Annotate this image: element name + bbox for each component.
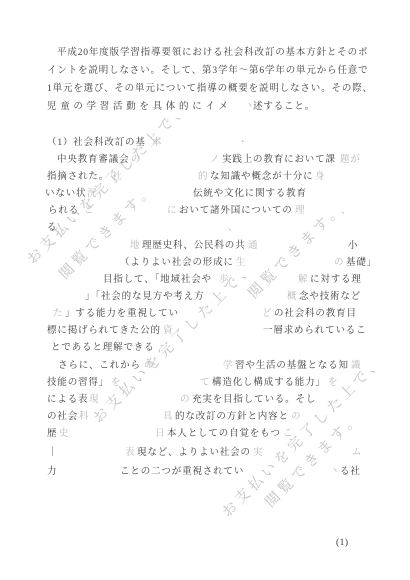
text-segment: 丶 (330, 466, 340, 479)
text-segment: 科 (79, 411, 89, 424)
text-segment: 表 (125, 447, 135, 460)
text-line: 指摘された。社的な知識や概念が十分に身 (0, 171, 410, 184)
text-segment: 」「社会的な見方や考え方 (85, 291, 204, 304)
text-segment: 実践上の教育において課 (222, 154, 336, 167)
text-segment: を (328, 377, 338, 390)
text-line: 地理歴史科、公民科の共通小 (0, 240, 410, 253)
text-line: いない状況伝統や文化に関する教育 (0, 188, 410, 201)
text-segment: 理歴史科、公民科の共 (142, 240, 246, 253)
text-segment: に (167, 205, 177, 218)
text-segment: 日 (155, 428, 165, 441)
text-segment: 習や生活の基盤となる知 (235, 360, 349, 373)
text-segment: の (334, 257, 344, 270)
text-segment: の (291, 411, 301, 424)
text-segment: 基礎」 (346, 257, 377, 270)
text-segment: 充実を目指している。そし (192, 394, 316, 407)
text-segment: の社会 (47, 411, 78, 424)
text-segment: ど (262, 308, 272, 321)
text-segment: ノ (210, 154, 220, 167)
text-segment: イントを説明しなさい。そして、第3学年～第6学年の単元から任意で (47, 65, 369, 78)
text-segment: た (53, 308, 63, 321)
text-segment: 1単元を選び、その単元について指導の概要を説明しなさい。その際、 (47, 83, 373, 96)
text-line: 中央教育審議会のノ実践上の教育において課題が (0, 154, 410, 167)
text-segment: おいて諸外国についての (179, 205, 293, 218)
text-segment: （よりよい社会の形成に (120, 257, 234, 270)
text-segment: ことの二つが重視されてい (120, 466, 244, 479)
text-segment: とであると理解できる (51, 342, 155, 355)
text-segment: 史 (59, 428, 69, 441)
text-line: （1）社会科改訂の基本・ (0, 137, 410, 150)
text-segment: による表 (47, 394, 88, 407)
text-segment: 実 (253, 447, 263, 460)
text-segment: 力 (47, 466, 57, 479)
text-segment: 的な改訂の方針と内容と (175, 411, 289, 424)
text-segment: 平成20年度版学習指導要領における社会科改訂の基本方針とそのポ (57, 47, 368, 60)
text-segment: 伝統や文化に関する教育 (193, 188, 307, 201)
text-line: イントを説明しなさい。そして、第3学年～第6学年の単元から任意で (0, 65, 410, 78)
document-page: 平成20年度版学習指導要領における社会科改訂の基本方針とそのポイントを説明しなさ… (0, 0, 410, 580)
text-segment: 小 (348, 240, 358, 253)
text-line: ｜表現など、よりよい社会の実ム (0, 447, 410, 460)
text-segment: な知識や概念が十分に (210, 171, 314, 184)
text-segment: 目指して、「地域社会や (103, 274, 212, 287)
text-segment: 念や技術など (299, 291, 361, 304)
text-segment: 標に掲げられてきた公的 (47, 325, 161, 338)
text-segment: の社会科の教育目 (274, 308, 357, 321)
text-segment: 現 (89, 394, 99, 407)
text-line: 力ことの二つが重視されてい丶る社 (0, 466, 410, 479)
text-segment: 、 (228, 222, 238, 235)
text-segment: 理 (295, 205, 305, 218)
text-segment: る社 (340, 466, 361, 479)
text-segment: 」する能力を重視してい (65, 308, 179, 321)
text-segment: 通 (248, 240, 258, 253)
text-line: 1単元を選び、その単元について指導の概要を説明しなさい。その際、 (0, 83, 410, 96)
text-segment: 構造化し構成する能力」 (212, 377, 326, 390)
text-segment: の (180, 394, 190, 407)
text-segment: ム (352, 447, 362, 460)
text-segment: 身 (315, 171, 325, 184)
text-segment: 地 (130, 240, 140, 253)
page-number: (1) (336, 538, 349, 548)
text-segment: 述すること。 (253, 101, 315, 114)
text-segment: 一層求められているこ (263, 325, 367, 338)
text-segment: 概 (287, 291, 297, 304)
text-segment: 技能の習得」 (47, 377, 109, 390)
text-segment: 題が (340, 154, 361, 167)
text-segment: 解 (298, 274, 308, 287)
text-segment: ・ (238, 137, 248, 150)
text-segment: 学 (223, 360, 233, 373)
text-segment: 具 (163, 411, 173, 424)
text-line: さらに、これからの学習や生活の基盤となる知識 (0, 360, 410, 373)
text-line: 児童の学習活動を具体的にイメ丶述すること。 (0, 101, 410, 114)
text-line: られるこにおいて諸外国についての理、 (0, 205, 410, 218)
text-segment: 本人としての自覚をもつ (167, 428, 281, 441)
text-segment: 現など、よりよい社会の (137, 447, 251, 460)
text-segment: 的 (198, 171, 208, 184)
text-line: 標に掲げられてきた公的資一層求められているこ (0, 325, 410, 338)
text-line: とであると理解できる (0, 342, 410, 355)
text-segment: 児童の学習活動を具体的にイメ (47, 101, 232, 114)
text-segment: さらに、これから (58, 360, 141, 373)
text-segment: て (200, 377, 210, 390)
text-segment: ｜ (48, 447, 58, 460)
text-segment: に対する理 (310, 274, 362, 287)
text-line: 平成20年度版学習指導要領における社会科改訂の基本方針とそのポ (0, 47, 410, 60)
text-segment: 歴 (47, 428, 57, 441)
